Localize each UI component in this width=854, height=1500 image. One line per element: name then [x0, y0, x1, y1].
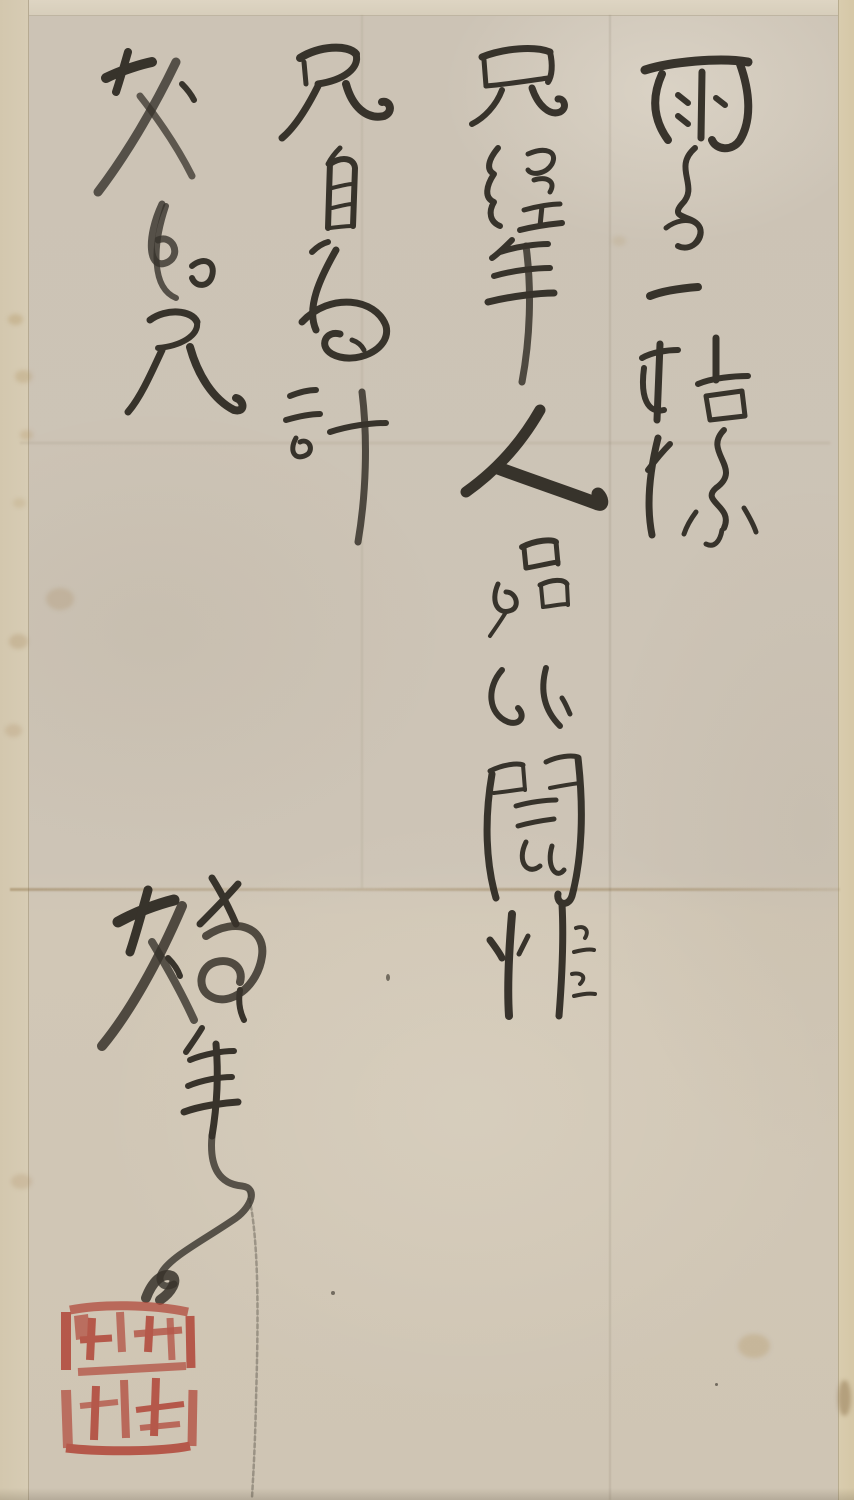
calligraphy-column-3: [282, 48, 390, 542]
calligraphy-layer: [0, 0, 854, 1500]
calligraphy-column-4: [98, 52, 243, 412]
seal-stamp: [66, 1306, 193, 1451]
calligraphy-column-1: [642, 60, 756, 545]
calligraphy-column-2: [466, 49, 602, 1016]
manuscript-scan: [0, 0, 854, 1500]
